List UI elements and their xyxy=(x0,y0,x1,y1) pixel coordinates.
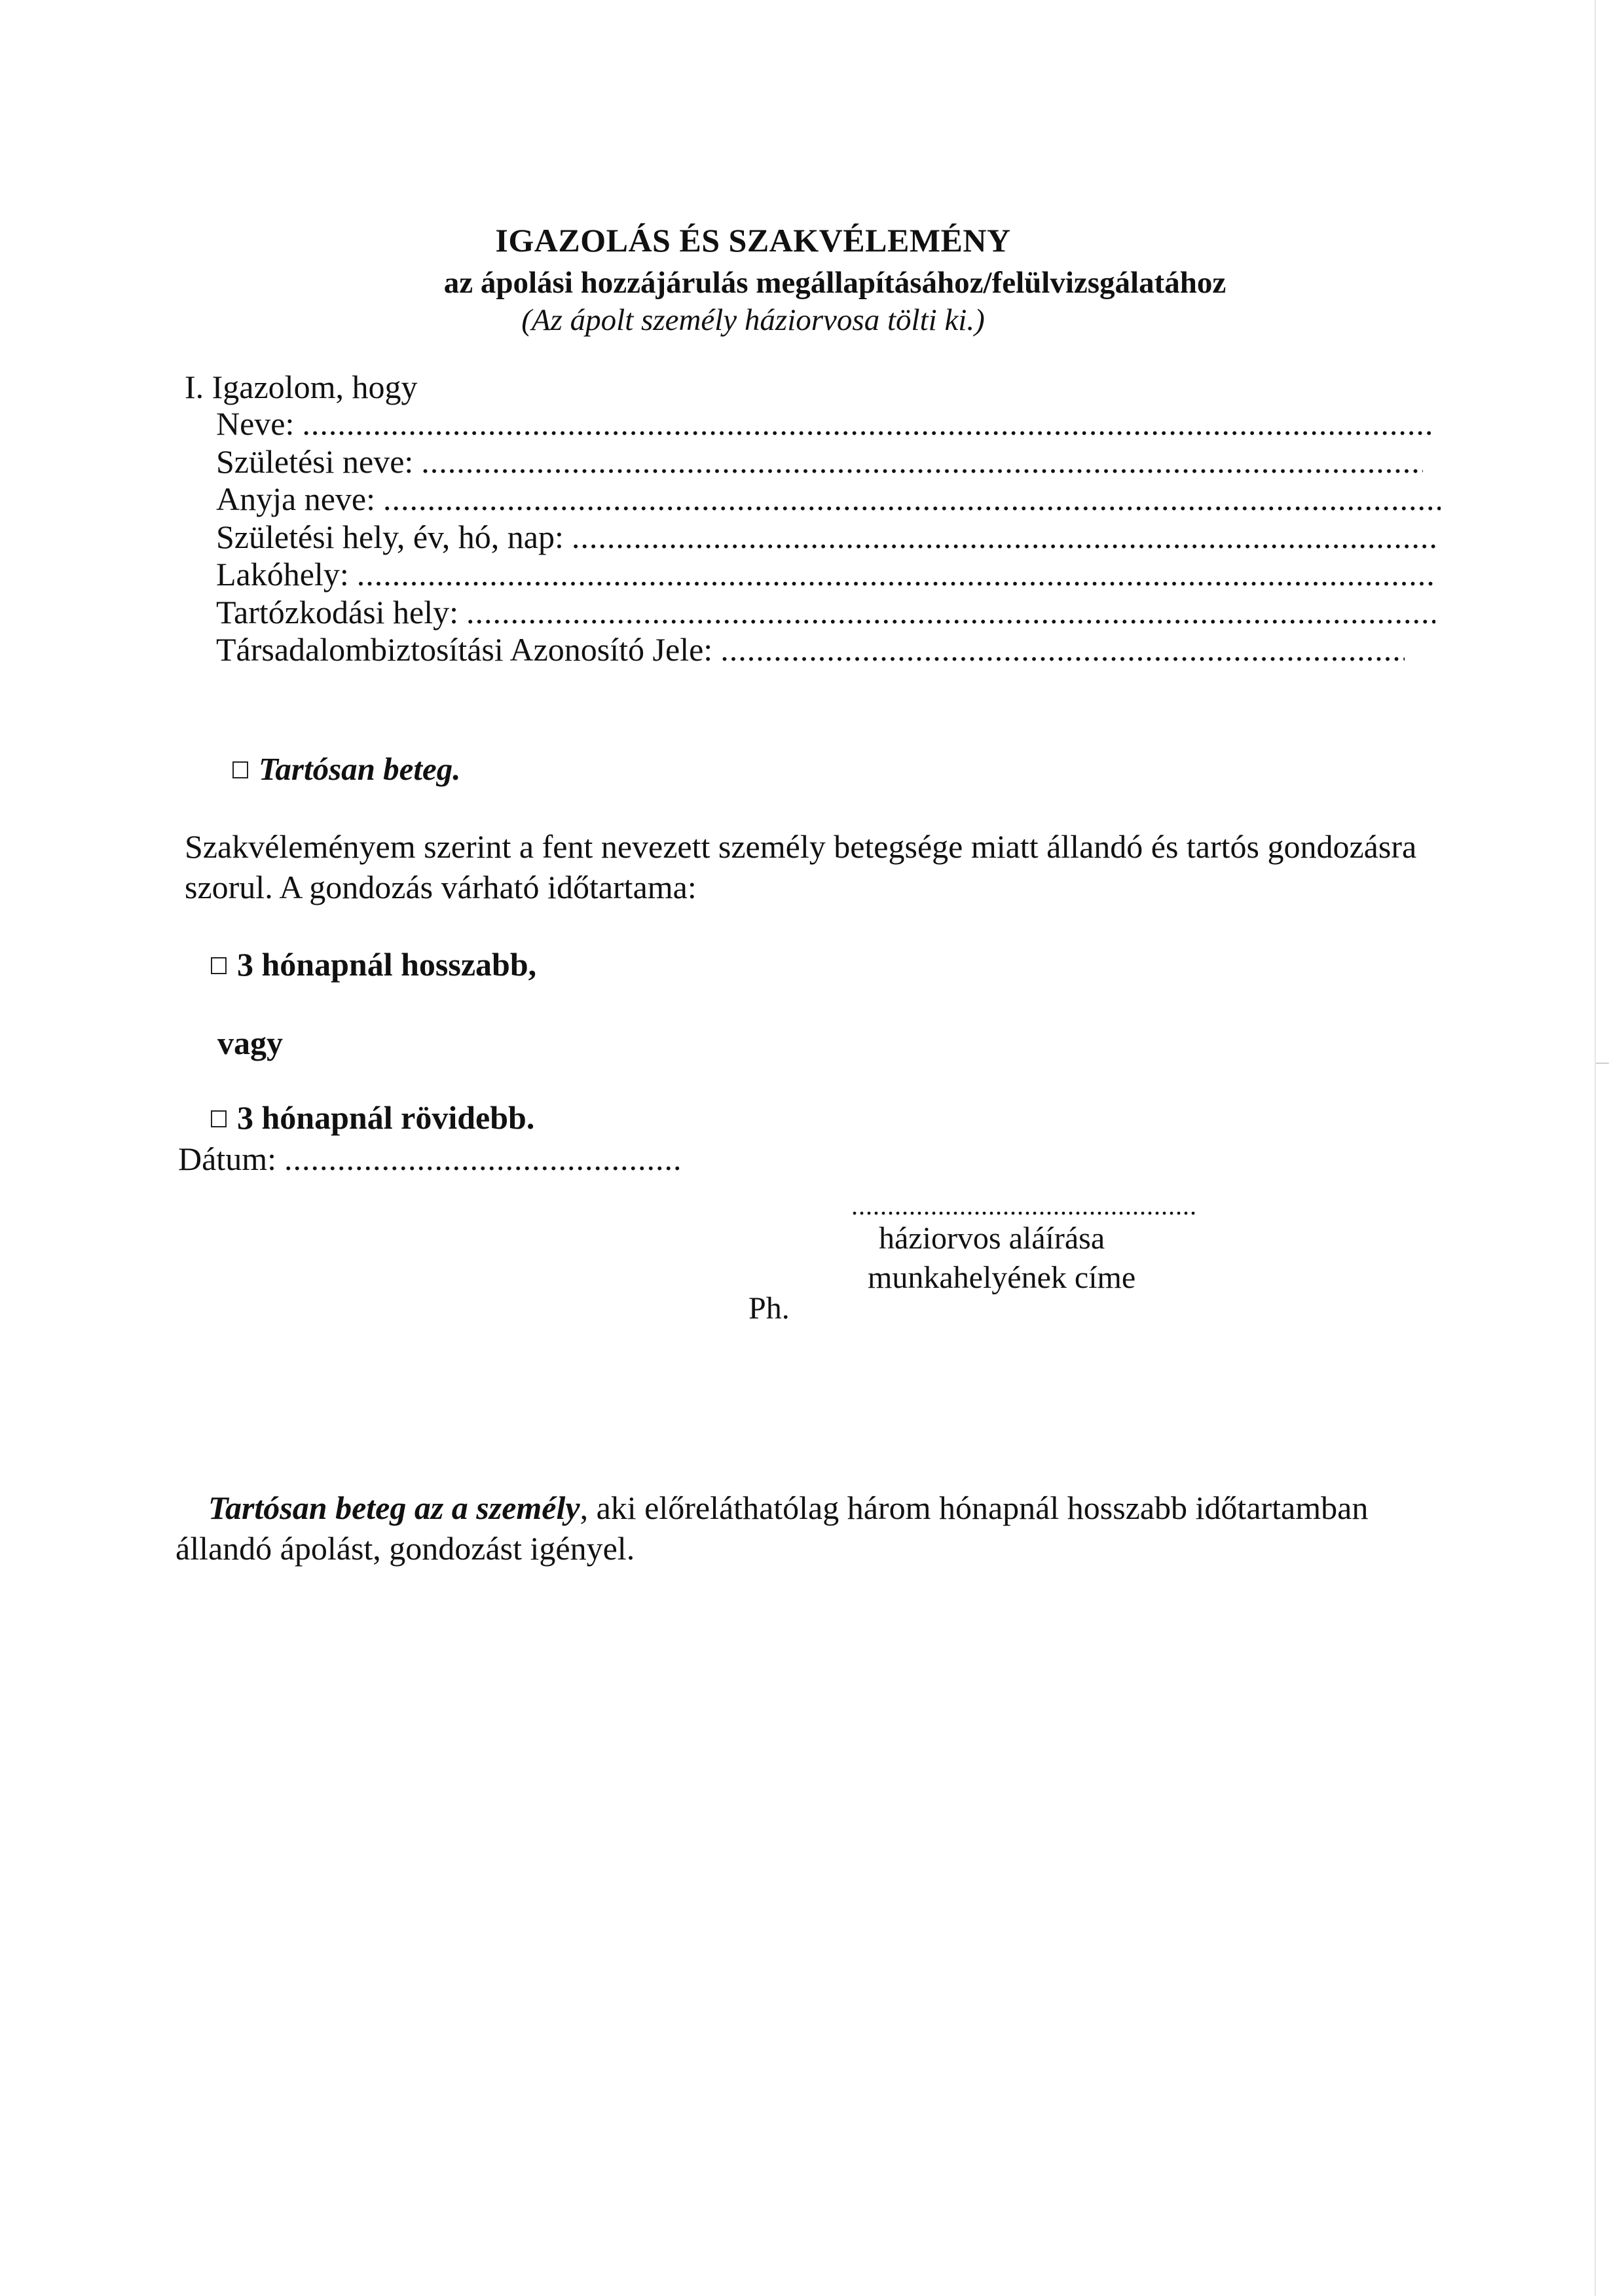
document-note: (Az ápolt személy háziorvosa tölti ki.) xyxy=(0,302,1565,338)
or-text: vagy xyxy=(217,1027,283,1059)
field-label: Születési hely, év, hó, nap: xyxy=(216,520,564,553)
field-label: Anyja neve: xyxy=(216,483,375,515)
signature-caption-1: háziorvos aláírása xyxy=(879,1223,1105,1254)
field-mother-name-input[interactable]: ........................................… xyxy=(383,483,1441,515)
field-taj-number-input[interactable]: ........................................… xyxy=(720,633,1405,666)
signature-caption-2: munkahelyének címe xyxy=(868,1262,1135,1294)
field-stay-place-input[interactable]: ........................................… xyxy=(466,596,1435,629)
field-stay-place: Tartózkodási hely: .....................… xyxy=(216,596,1435,629)
checkbox-shorter[interactable]: 3 hónapnál rövidebb. xyxy=(211,1101,534,1134)
definition-term: Tartósan beteg az a személy xyxy=(208,1489,580,1526)
definition-line-2: állandó ápolást, gondozást igényel. xyxy=(175,1532,635,1565)
field-label: Lakóhely: xyxy=(216,558,349,591)
opinion-line-2: szorul. A gondozás várható időtartama: xyxy=(185,871,697,903)
field-residence: Lakóhely: ..............................… xyxy=(216,558,1437,591)
field-label: Születési neve: xyxy=(216,445,413,478)
checkbox-icon[interactable] xyxy=(232,761,248,778)
checkbox-chronic-label: Tartósan beteg. xyxy=(259,751,461,787)
field-birth-place-date-input[interactable]: ........................................… xyxy=(572,520,1436,553)
checkbox-icon[interactable] xyxy=(211,1110,227,1127)
date-input[interactable]: ........................................… xyxy=(284,1142,684,1175)
document-subtitle: az ápolási hozzájárulás megállapításához… xyxy=(23,265,1624,301)
field-birth-place-date: Születési hely, év, hó, nap: ...........… xyxy=(216,520,1436,553)
signature-input[interactable]: ........................................… xyxy=(851,1193,1195,1219)
field-label: Neve: xyxy=(216,407,294,440)
checkbox-longer[interactable]: 3 hónapnál hosszabb, xyxy=(211,948,536,981)
date-label: Dátum: xyxy=(178,1142,276,1175)
scan-edge-line xyxy=(1595,0,1596,2296)
checkbox-chronic[interactable]: Tartósan beteg. xyxy=(232,753,461,785)
definition-line-1: Tartósan beteg az a személy, aki előrelá… xyxy=(208,1491,1368,1524)
field-mother-name: Anyja neve: ............................… xyxy=(216,483,1441,515)
field-label: Társadalombiztosítási Azonosító Jele: xyxy=(216,633,712,666)
field-residence-input[interactable]: ........................................… xyxy=(357,558,1437,591)
document-title: IGAZOLÁS ÉS SZAKVÉLEMÉNY xyxy=(0,221,1565,259)
scan-edge-mark xyxy=(1596,1063,1609,1064)
opinion-line-1: Szakvéleményem szerint a fent nevezett s… xyxy=(185,830,1416,863)
signature-line[interactable]: ........................................… xyxy=(851,1193,1195,1224)
stamp-label: Ph. xyxy=(748,1293,790,1324)
field-birth-name: Születési neve: ........................… xyxy=(216,445,1423,478)
field-taj-number: Társadalombiztosítási Azonosító Jele: ..… xyxy=(216,633,1405,666)
definition-rest: , aki előreláthatólag három hónapnál hos… xyxy=(580,1489,1369,1526)
field-name-input[interactable]: ........................................… xyxy=(302,407,1435,440)
date-field: Dátum: .................................… xyxy=(178,1142,684,1175)
checkbox-shorter-label: 3 hónapnál rövidebb. xyxy=(237,1099,534,1136)
field-label: Tartózkodási hely: xyxy=(216,596,458,629)
checkbox-longer-label: 3 hónapnál hosszabb, xyxy=(237,946,536,983)
field-name: Neve: ..................................… xyxy=(216,407,1435,440)
section-intro: I. Igazolom, hogy xyxy=(185,371,417,403)
checkbox-icon[interactable] xyxy=(211,957,227,974)
field-birth-name-input[interactable]: ........................................… xyxy=(421,445,1423,478)
